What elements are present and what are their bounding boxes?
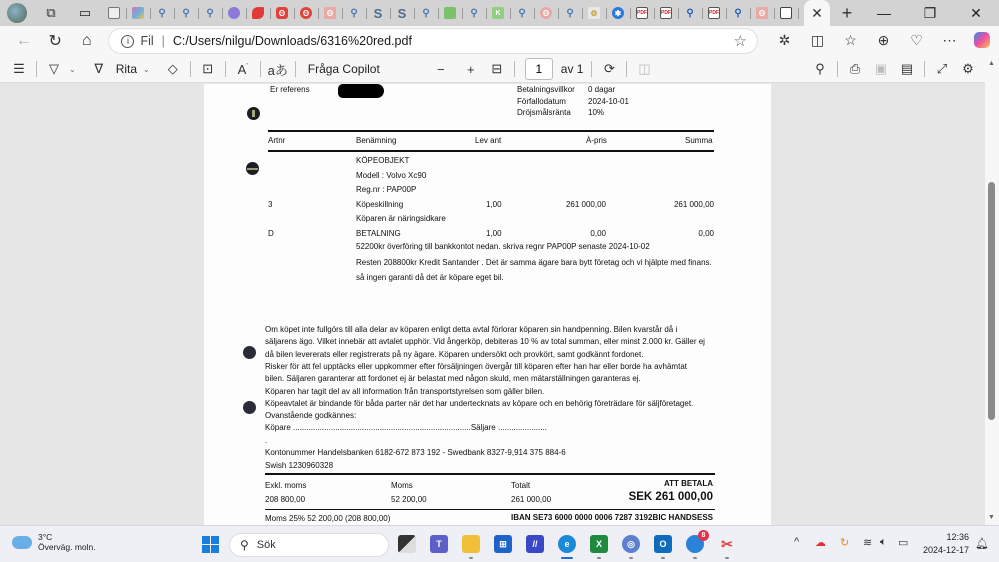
read-aloud-icon[interactable]: Aʼ bbox=[230, 62, 256, 77]
profile-button[interactable] bbox=[0, 3, 34, 23]
table-cell-sum: 0,00 bbox=[698, 229, 714, 238]
show-hidden-icons[interactable]: ^ bbox=[794, 536, 799, 548]
k-icon: K bbox=[492, 7, 504, 19]
terms-line: Om köpet inte fullgörs till alla delar a… bbox=[265, 325, 677, 334]
pdf-icon: PDF bbox=[636, 7, 648, 19]
weather-desc: Överväg. moln. bbox=[38, 542, 96, 552]
collections-icon[interactable]: ⊕ bbox=[867, 32, 900, 51]
draw-label[interactable]: Rita bbox=[116, 62, 137, 76]
taskbar-search[interactable]: ⚲ Sök bbox=[229, 533, 389, 557]
payment-terms-value: 0 dagar bbox=[588, 85, 615, 94]
column-header: À-pris bbox=[586, 136, 607, 145]
sync-app-icon[interactable]: ◎ bbox=[622, 535, 640, 553]
s-icon: S bbox=[396, 7, 408, 19]
tab[interactable]: ʘ bbox=[318, 2, 342, 24]
table-cell-qty: 1,00 bbox=[486, 200, 502, 209]
scheme-label: Fil bbox=[140, 34, 153, 48]
note-line: så ingen garanti då det är köpare eget b… bbox=[356, 273, 504, 282]
punch-hole bbox=[243, 401, 256, 414]
green-icon bbox=[444, 7, 456, 19]
gear-icon: ⚙ bbox=[588, 7, 600, 19]
excl-vat-label: Exkl. moms bbox=[265, 481, 306, 490]
weather-temp: 3°C bbox=[38, 532, 96, 542]
tab[interactable]: ⚲ bbox=[726, 2, 750, 24]
minimize-button[interactable]: — bbox=[861, 5, 907, 22]
pdf-icon: PDF bbox=[660, 7, 672, 19]
tab[interactable] bbox=[246, 2, 270, 24]
tab[interactable]: ʘ bbox=[294, 2, 318, 24]
close-icon: ✕ bbox=[811, 5, 823, 22]
redaction-mark bbox=[338, 84, 384, 98]
update-icon[interactable]: ↻ bbox=[840, 536, 849, 549]
tab[interactable]: ⚲ bbox=[174, 2, 198, 24]
tab[interactable]: ⚲ bbox=[414, 2, 438, 24]
rotate-icon[interactable]: ⟳ bbox=[596, 61, 622, 77]
search-icon: ⚲ bbox=[156, 7, 168, 19]
scrollbar-thumb[interactable] bbox=[988, 182, 995, 420]
teams-icon[interactable]: T bbox=[430, 535, 448, 553]
split-screen-icon[interactable]: ◫ bbox=[801, 32, 834, 51]
text-box-icon[interactable]: ⊡ bbox=[195, 61, 221, 77]
zoom-in-icon[interactable]: + bbox=[458, 62, 484, 77]
terms-line: då bilen levererats eller registrerats p… bbox=[265, 350, 643, 359]
pale-red-icon: ʘ bbox=[540, 7, 552, 19]
edge-icon[interactable]: e bbox=[558, 535, 576, 553]
late-interest-value: 10% bbox=[588, 108, 604, 117]
red-circle-icon: ʘ bbox=[300, 7, 312, 19]
favorites-icon[interactable]: ☆ bbox=[834, 32, 867, 51]
terms-line: Köparen har tagit del av all information… bbox=[265, 387, 544, 396]
ask-copilot-button[interactable]: Fråga Copilot bbox=[308, 62, 380, 76]
cloud-sync-error-icon[interactable]: ☁ bbox=[815, 536, 826, 549]
search-icon: ⚲ bbox=[564, 7, 576, 19]
tab[interactable]: K bbox=[486, 2, 510, 24]
terms-line: . bbox=[265, 436, 267, 445]
tab[interactable]: ⚲ bbox=[510, 2, 534, 24]
chevron-down-icon[interactable]: ⌄ bbox=[143, 65, 150, 74]
tab[interactable]: S bbox=[366, 2, 390, 24]
red-bird-icon bbox=[252, 7, 264, 19]
outlook-icon[interactable]: O bbox=[654, 535, 672, 553]
zoom-out-icon[interactable]: − bbox=[428, 62, 454, 77]
table-cell-artnr: D bbox=[268, 229, 274, 238]
search-icon: ⚲ bbox=[180, 7, 192, 19]
excl-vat-value: 208 800,00 bbox=[265, 495, 305, 504]
active-tab-close-button[interactable]: ✕ bbox=[804, 0, 830, 26]
terms-line: Ovanstående godkännes: bbox=[265, 411, 356, 420]
tab[interactable]: ʘ bbox=[534, 2, 558, 24]
tab[interactable]: ⚲ bbox=[462, 2, 486, 24]
save-icon[interactable]: ▣ bbox=[868, 61, 894, 77]
notification-badge: 8 bbox=[698, 530, 709, 541]
tab[interactable]: ✱ bbox=[606, 2, 630, 24]
table-cell-desc: BETALNING bbox=[356, 229, 401, 238]
address-input[interactable]: i Fil | C:/Users/nilgu/Downloads/6316%20… bbox=[108, 28, 758, 54]
swish-number: Swish 1230960328 bbox=[265, 461, 333, 470]
divider: | bbox=[162, 34, 165, 48]
terms-line: säljarens ägo. Vilket innebär att avtale… bbox=[265, 337, 705, 346]
column-header: Summa bbox=[685, 136, 713, 145]
due-date-label: Förfallodatum bbox=[517, 97, 566, 106]
battery-icon[interactable]: ▭ bbox=[898, 536, 908, 549]
fullscreen-icon[interactable]: ⤢ bbox=[929, 61, 955, 77]
table-cell-qty: 1,00 bbox=[486, 229, 502, 238]
bank-accounts: Kontonummer Handelsbanken 6182-672 873 1… bbox=[265, 448, 566, 457]
tab[interactable]: ⚲ bbox=[150, 2, 174, 24]
info-icon[interactable]: i bbox=[121, 35, 134, 48]
vertical-scrollbar[interactable]: ▲ ▼ bbox=[985, 56, 999, 525]
refresh-button[interactable]: ↻ bbox=[39, 31, 70, 51]
highlight-icon[interactable]: ▽ bbox=[41, 61, 67, 77]
save-as-icon[interactable]: ▤ bbox=[894, 61, 920, 77]
total-label: Totalt bbox=[511, 481, 530, 490]
punch-hole bbox=[243, 346, 256, 359]
tab[interactable]: PDF bbox=[630, 2, 654, 24]
taskbar: 3°C Överväg. moln. ⚲ Sök T ⊞ // e X ◎ O … bbox=[0, 525, 999, 562]
volume-icon[interactable]: 🔈︎ bbox=[880, 536, 887, 549]
copilot-button[interactable] bbox=[966, 32, 999, 51]
search-icon: ⚲ bbox=[684, 7, 696, 19]
task-view-icon[interactable] bbox=[398, 535, 416, 553]
tab[interactable] bbox=[222, 2, 246, 24]
due-date-value: 2024-10-01 bbox=[588, 97, 629, 106]
workspaces-icon[interactable]: ⧉ bbox=[34, 5, 68, 21]
table-cell-desc: KÖPEOBJEKT bbox=[356, 156, 409, 165]
profile-avatar-icon bbox=[7, 3, 27, 23]
chevron-down-icon[interactable]: ⌄ bbox=[69, 65, 76, 74]
time: 12:36 bbox=[923, 531, 969, 544]
draw-icon[interactable]: ∇ bbox=[86, 61, 112, 77]
close-window-button[interactable]: ✕ bbox=[953, 5, 999, 22]
column-header: Artnr bbox=[268, 136, 285, 145]
table-cell-sum: 261 000,00 bbox=[674, 200, 714, 209]
late-interest-label: Dröjsmålsränta bbox=[517, 108, 571, 117]
payment-terms-label: Betalningsvillkor bbox=[517, 85, 575, 94]
cloud-icon bbox=[12, 536, 32, 549]
restore-button[interactable]: ❐ bbox=[907, 5, 953, 22]
home-button[interactable]: ⌂ bbox=[71, 32, 102, 50]
tab-actions-icon[interactable]: ▭ bbox=[68, 5, 102, 21]
tab[interactable]: ʘ bbox=[750, 2, 774, 24]
tab[interactable]: ⚲ bbox=[198, 2, 222, 24]
search-placeholder: Sök bbox=[257, 539, 276, 551]
tab[interactable]: ʘ bbox=[270, 2, 294, 24]
amount-to-pay: SEK 261 000,00 bbox=[629, 491, 713, 503]
start-button[interactable] bbox=[202, 536, 219, 553]
vat-summary: Moms 25% 52 200,00 (208 800,00) bbox=[265, 514, 390, 523]
back-button[interactable]: ← bbox=[8, 32, 39, 50]
search-icon: ⚲ bbox=[240, 538, 249, 552]
find-icon[interactable]: ⚲ bbox=[807, 61, 833, 77]
terms-line: Risker för att fel upptäcks eller uppkom… bbox=[265, 362, 687, 371]
document-icon bbox=[780, 7, 792, 19]
total-value: 261 000,00 bbox=[511, 495, 551, 504]
punch-hole bbox=[247, 107, 260, 120]
new-tab-button[interactable]: + bbox=[834, 3, 860, 24]
settings-gear-icon[interactable]: ⚙ bbox=[955, 61, 981, 77]
page-view-icon[interactable]: ◫ bbox=[631, 61, 657, 77]
scroll-up-arrow-icon[interactable]: ▲ bbox=[988, 60, 995, 67]
pdf-icon: PDF bbox=[708, 7, 720, 19]
file-explorer-icon[interactable] bbox=[462, 535, 480, 553]
terms-line: Köpare .................................… bbox=[265, 423, 547, 432]
address-bar-row: ← ↻ ⌂ i Fil | C:/Users/nilgu/Downloads/6… bbox=[0, 26, 999, 56]
to-pay-label: ATT BETALA bbox=[664, 479, 713, 488]
tab-strip: ⧉ ▭ ⚲ ⚲ ⚲ ʘ ʘ ʘ ⚲ S S ⚲ ⚲ K ⚲ ʘ ⚲ ⚙ ✱ PD… bbox=[0, 0, 999, 26]
bic: BIC HANDSESS bbox=[653, 513, 713, 522]
weather-widget[interactable]: 3°C Överväg. moln. bbox=[12, 532, 96, 552]
snipping-tool-icon[interactable]: ✂ bbox=[718, 535, 736, 553]
browser-essentials-icon[interactable]: ♡ bbox=[900, 32, 933, 51]
search-icon: ⚲ bbox=[732, 7, 744, 19]
tab[interactable]: S bbox=[390, 2, 414, 24]
table-cell-desc: Reg.nr : PAP00P bbox=[356, 185, 416, 194]
tab[interactable] bbox=[126, 2, 150, 24]
favorite-star-icon[interactable]: ☆ bbox=[734, 32, 747, 50]
pdf-viewer: Er referens Betalningsvillkor 0 dagar Fö… bbox=[0, 84, 985, 525]
note-line: Resten 208800kr Kredit Santander . Det ä… bbox=[356, 258, 712, 267]
table-cell-desc: Köpeskillning bbox=[356, 200, 403, 209]
tab[interactable]: PDF bbox=[702, 2, 726, 24]
tab[interactable]: ⚲ bbox=[678, 2, 702, 24]
vat-value: 52 200,00 bbox=[391, 495, 427, 504]
pale-red-icon: ʘ bbox=[756, 7, 768, 19]
translate-icon[interactable]: aあ bbox=[265, 60, 291, 79]
search-icon: ⚲ bbox=[348, 7, 360, 19]
tab[interactable] bbox=[102, 2, 126, 24]
tab[interactable]: ⚙ bbox=[582, 2, 606, 24]
clock[interactable]: 12:36 2024-12-17 bbox=[923, 531, 969, 557]
contents-icon[interactable]: ☰ bbox=[6, 61, 32, 77]
pdf-page: Er referens Betalningsvillkor 0 dagar Fö… bbox=[204, 84, 771, 525]
page-total-label: av 1 bbox=[561, 62, 584, 76]
terms-line: Köpeavtalet är bindande för båda parter … bbox=[265, 399, 693, 408]
more-menu-icon[interactable]: ⋯ bbox=[933, 32, 966, 51]
note-line: 52200kr överföring till bankkontot nedan… bbox=[356, 242, 650, 251]
tab[interactable]: ⚲ bbox=[558, 2, 582, 24]
fit-to-width-icon[interactable]: ⊟ bbox=[484, 61, 510, 77]
table-cell-price: 261 000,00 bbox=[566, 200, 606, 209]
tab[interactable] bbox=[774, 2, 798, 24]
vat-label: Moms bbox=[391, 481, 413, 490]
search-icon: ⚲ bbox=[468, 7, 480, 19]
tab[interactable] bbox=[438, 2, 462, 24]
scroll-down-arrow-icon[interactable]: ▼ bbox=[988, 514, 995, 521]
terms-line: bilen. Säljaren garanterar att fordonet … bbox=[265, 374, 641, 383]
table-cell-price: 0,00 bbox=[590, 229, 606, 238]
search-icon: ⚲ bbox=[420, 7, 432, 19]
team-icon: ✱ bbox=[612, 7, 624, 19]
wifi-icon[interactable]: ≋ bbox=[863, 536, 872, 549]
reference-label: Er referens bbox=[270, 85, 310, 94]
date: 2024-12-17 bbox=[923, 544, 969, 557]
url-text: C:/Users/nilgu/Downloads/6316%20red.pdf bbox=[173, 34, 412, 48]
copilot-icon bbox=[974, 32, 990, 48]
tab[interactable]: ⚲ bbox=[342, 2, 366, 24]
table-cell-artnr: 3 bbox=[268, 200, 272, 209]
pdf-toolbar: ☰ ▽ ⌄ ∇ Rita ⌄ ◇ ⊡ Aʼ aあ Fråga Copilot −… bbox=[0, 56, 999, 83]
page-number-input[interactable] bbox=[525, 58, 553, 80]
mail-app-icon[interactable]: 8 bbox=[686, 535, 704, 553]
pale-red-icon: ʘ bbox=[324, 7, 336, 19]
eraser-icon[interactable]: ◇ bbox=[160, 61, 186, 77]
app-icon[interactable]: // bbox=[526, 535, 544, 553]
notifications-icon[interactable]: 🔔︎ bbox=[975, 537, 989, 550]
s-icon: S bbox=[372, 7, 384, 19]
column-header: Benämning bbox=[356, 136, 396, 145]
page-icon bbox=[108, 7, 120, 19]
table-cell-desc: Köparen är näringsidkare bbox=[356, 214, 446, 223]
iban: IBAN SE73 6000 0000 0006 7287 3192 bbox=[511, 513, 652, 522]
purple-icon bbox=[228, 7, 240, 19]
red-app-icon: ʘ bbox=[276, 7, 288, 19]
punch-hole bbox=[246, 162, 259, 175]
search-icon: ⚲ bbox=[204, 7, 216, 19]
excel-icon[interactable]: X bbox=[590, 535, 608, 553]
column-header: Lev ant bbox=[475, 136, 501, 145]
tab[interactable]: PDF bbox=[654, 2, 678, 24]
extensions-icon[interactable]: ✲ bbox=[768, 32, 801, 51]
multicolor-icon bbox=[132, 7, 144, 19]
print-icon[interactable]: ⎙ bbox=[842, 61, 868, 77]
search-icon: ⚲ bbox=[516, 7, 528, 19]
store-icon[interactable]: ⊞ bbox=[494, 535, 512, 553]
table-cell-desc: Modell : Volvo Xc90 bbox=[356, 171, 426, 180]
